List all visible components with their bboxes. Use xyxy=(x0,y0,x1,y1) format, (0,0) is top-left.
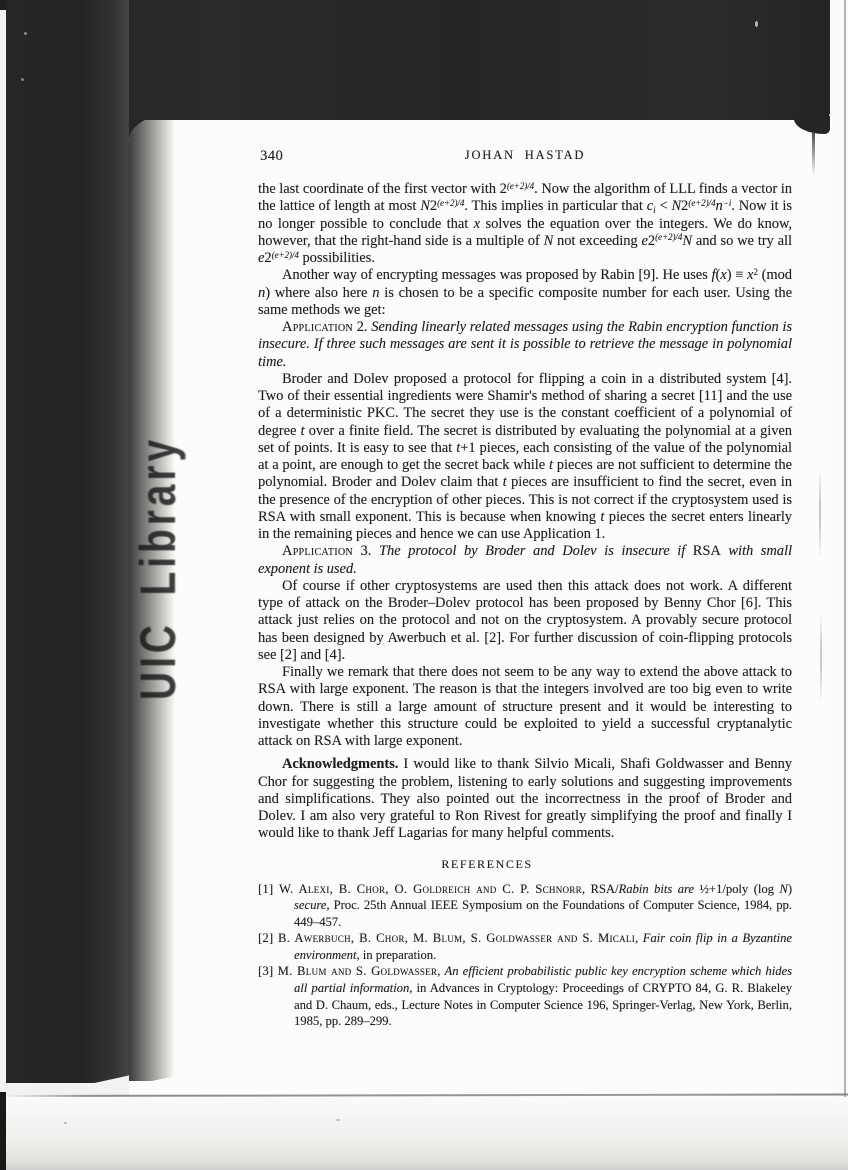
scan-speck xyxy=(64,1122,67,1124)
paragraph: Of course if other cryptosystems are use… xyxy=(258,578,792,664)
text-segment: (e+2)/4 xyxy=(437,198,464,208)
text-segment: Acknowledgments. xyxy=(282,756,398,772)
page-number: 340 xyxy=(260,148,283,165)
reference-label: [1] xyxy=(258,882,279,896)
paragraph: the last coordinate of the first vector … xyxy=(258,181,792,267)
text-segment: (e+2)/4 xyxy=(688,198,715,208)
reference-label: [2] xyxy=(258,931,278,945)
scan-speck xyxy=(336,1119,340,1121)
text-segment: ½+1/poly (log xyxy=(699,882,779,896)
scanner-area-below-page xyxy=(6,1097,848,1170)
page-edge-mark xyxy=(819,468,821,560)
text-segment: . This implies in particular that xyxy=(464,198,646,214)
reference-item: [1] W. Alexi, B. Chor, O. Goldreich and … xyxy=(258,881,792,931)
text-segment: 2 xyxy=(753,267,757,277)
paragraph: Finally we remark that there does not se… xyxy=(258,664,792,750)
text-segment: possibilities. xyxy=(299,250,375,266)
text-segment: , Proc. 25th Annual IEEE Symposium on th… xyxy=(294,898,792,929)
text-segment: (e+2)/4 xyxy=(272,250,299,260)
text-segment: ) where also here xyxy=(265,285,372,301)
text-segment: ) ≡ xyxy=(727,267,747,283)
scanner-background-top xyxy=(6,0,830,120)
references-list: [1] W. Alexi, B. Chor, O. Goldreich and … xyxy=(258,881,792,1030)
text-segment: N xyxy=(682,233,692,249)
scanner-background-left xyxy=(6,0,129,1083)
text-segment: Another way of encrypting messages was p… xyxy=(282,267,712,283)
paragraph: Application 2. Sending linearly related … xyxy=(258,319,792,371)
text-segment: N xyxy=(420,198,430,214)
text-segment: n xyxy=(716,198,723,214)
text-segment: , xyxy=(582,882,591,896)
scan-edge-line xyxy=(844,0,846,1100)
text-segment: (mod xyxy=(758,267,792,283)
page-content: 340 JOHAN HASTAD the last coordinate of … xyxy=(258,148,792,1030)
text-segment: 2 xyxy=(430,198,437,214)
text-segment: Rabin bits are xyxy=(619,882,700,896)
text-segment: Of course if other cryptosystems are use… xyxy=(258,578,792,663)
text-segment: and so we try all xyxy=(692,233,792,249)
paragraph: Acknowledgments. I would like to thank S… xyxy=(258,756,792,842)
text-segment: 2 xyxy=(648,233,655,249)
text-segment: B. Awerbuch, B. Chor, M. Blum, S. Goldwa… xyxy=(278,931,635,945)
text-segment: M. Blum and S. Goldwasser xyxy=(278,964,438,978)
text-segment: the last coordinate of the first vector … xyxy=(258,181,507,197)
scan-speck xyxy=(755,21,758,27)
running-header: JOHAN HASTAD xyxy=(258,148,792,163)
text-segment: < xyxy=(656,198,672,214)
text-segment: i xyxy=(653,205,655,215)
reference-label: [3] xyxy=(258,964,278,978)
text-segment: (e+2)/4 xyxy=(507,181,534,191)
references-heading: REFERENCES xyxy=(220,857,754,872)
text-segment: (e+2)/4 xyxy=(655,232,682,242)
text-segment: N xyxy=(544,233,554,249)
library-stamp-text: UIC Library xyxy=(129,436,187,700)
text-segment: Finally we remark that there does not se… xyxy=(258,664,792,749)
text-segment: Application xyxy=(282,543,353,559)
text-segment: ) xyxy=(788,882,792,896)
text-segment: The protocol by Broder and Dolev is inse… xyxy=(379,543,693,559)
text-segment: , in preparation. xyxy=(356,948,436,962)
reference-item: [3] M. Blum and S. Goldwasser, An effici… xyxy=(258,963,792,1029)
text-segment: 2 xyxy=(264,250,271,266)
library-stamp: UIC Library xyxy=(122,424,194,712)
text-segment: 2. xyxy=(353,319,371,335)
text-segment: RSA xyxy=(693,543,721,559)
text-segment: secure xyxy=(294,898,326,912)
paragraph: Another way of encrypting messages was p… xyxy=(258,267,792,319)
text-segment: not exceeding xyxy=(553,233,641,249)
text-segment: −i xyxy=(723,198,732,208)
scan-edge-bottom-left xyxy=(0,1092,6,1170)
text-segment: 3. xyxy=(353,543,379,559)
text-segment: RSA/ xyxy=(591,882,619,896)
text-segment: N xyxy=(671,198,681,214)
text-segment: W. Alexi, B. Chor, O. Goldreich and C. P… xyxy=(279,882,582,896)
page-curl-shadow xyxy=(812,132,815,176)
page-header: 340 JOHAN HASTAD xyxy=(258,148,792,165)
body-paragraphs: the last coordinate of the first vector … xyxy=(258,181,792,843)
reference-item: [2] B. Awerbuch, B. Chor, M. Blum, S. Go… xyxy=(258,930,792,963)
text-segment: Application xyxy=(282,319,353,335)
text-segment: N xyxy=(779,882,787,896)
paragraph: Application 3. The protocol by Broder an… xyxy=(258,543,792,578)
text-segment: , xyxy=(635,931,643,945)
scan-speck xyxy=(24,32,27,35)
paragraph: Broder and Dolev proposed a protocol for… xyxy=(258,371,792,544)
page-edge-mark xyxy=(820,612,822,702)
scan-edge-top-left xyxy=(0,0,7,10)
scan-speck xyxy=(21,78,24,81)
text-segment: , xyxy=(437,964,444,978)
